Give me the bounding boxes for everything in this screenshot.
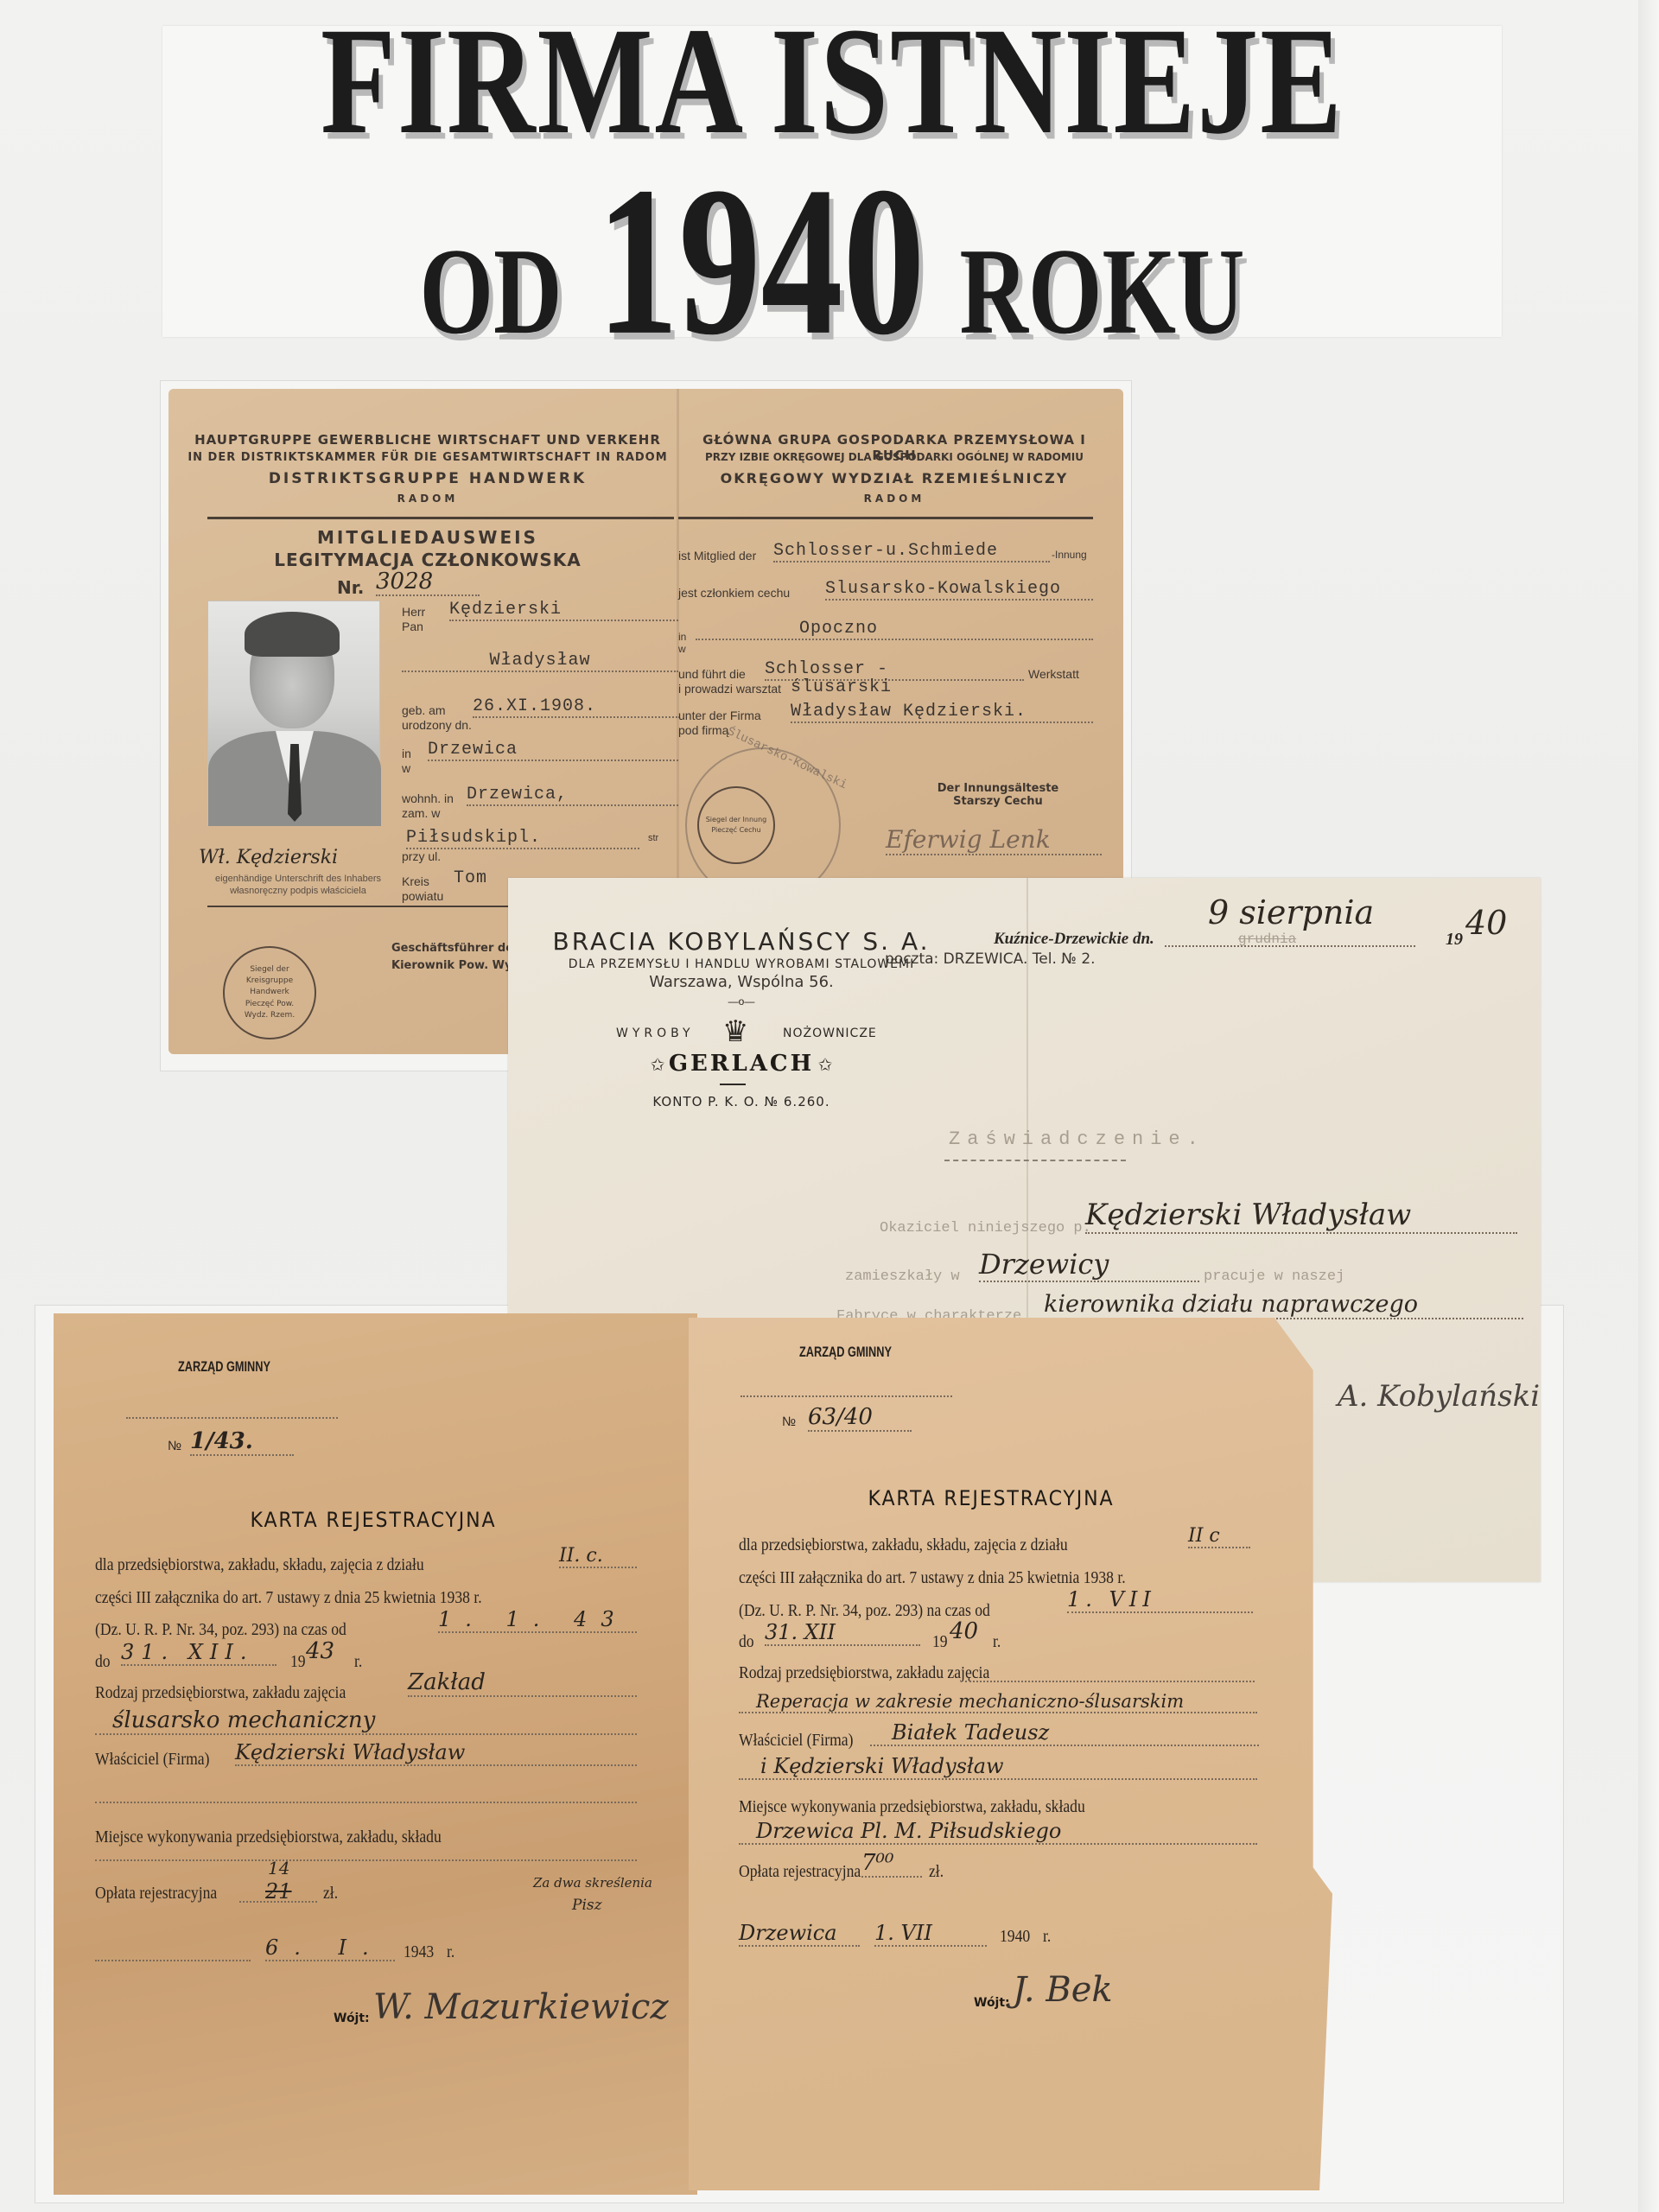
wojt-signature: J. Bek bbox=[1013, 1970, 1113, 2010]
card-nr-value: 3028 bbox=[376, 569, 480, 596]
fee-value: 7⁰⁰ bbox=[861, 1850, 922, 1878]
banner-headline: FIRMA ISTNIEJE bbox=[321, 3, 1344, 157]
products-right: NOŻOWNICZE bbox=[783, 1027, 877, 1040]
birthplace-label: inw bbox=[402, 747, 411, 776]
period-from-label: (Dz. U. R. P. Nr. 34, poz. 293) na czas … bbox=[95, 1620, 346, 1640]
letter-address: Warszawa, Wspólna 56. bbox=[525, 973, 957, 991]
fee-label: Opłata rejestracyjna bbox=[95, 1884, 217, 1904]
elder-signature: Eferwig Lenk bbox=[886, 825, 1102, 855]
card-rule-right bbox=[678, 517, 1093, 519]
correction-note: Za dwa skreślenia bbox=[533, 1875, 652, 1891]
card-org-city-right: RADOM bbox=[683, 493, 1106, 505]
born-value: 26.XI.1908. bbox=[473, 696, 680, 718]
date-handwritten: 9 sierpnia bbox=[1208, 893, 1374, 931]
legal-basis: części III załącznika do art. 7 ustawy z… bbox=[739, 1568, 1126, 1588]
office-line bbox=[126, 1417, 338, 1419]
street-label-pl: przy ul. bbox=[402, 849, 441, 864]
brand-gerlach: GERLACH bbox=[669, 1051, 814, 1077]
certificate-title: Zaświadczenie. bbox=[949, 1128, 1205, 1150]
works-label: pracuje w naszej bbox=[1204, 1268, 1344, 1285]
position-value: kierownika działu naprawczego bbox=[1044, 1291, 1523, 1319]
registration-card-1943: ZARZĄD GMINNY № 1/43. KARTA REJESTRACYJN… bbox=[54, 1313, 697, 2195]
place-value: Drzewica Pl. M. Piłsudskiego bbox=[739, 1819, 1257, 1845]
kreisgruppe-stamp: Siegel der Kreisgruppe Handwerk Pieczęć … bbox=[223, 946, 316, 1039]
member-suffix-de: -Innung bbox=[1052, 549, 1087, 561]
wojt-label: Wójt: bbox=[974, 1996, 1010, 2010]
cech-stamp: Siegel der Innung Pieczęć Cechu bbox=[697, 786, 775, 864]
firstname-value: Władysław bbox=[402, 651, 678, 672]
kreis-value: Tom bbox=[454, 868, 487, 888]
banner-od: OD bbox=[420, 229, 563, 353]
bearer-name: Kędzierski Władysław bbox=[1085, 1198, 1517, 1234]
born-label: geb. amurodzony dn. bbox=[402, 703, 472, 733]
business-type-label: Rodzaj przedsiębiorstwa, zakładu zajęcia bbox=[95, 1683, 346, 1703]
crown-icon: ♛ bbox=[722, 1014, 748, 1049]
street-value: Piłsudskipl. bbox=[406, 828, 639, 849]
wojt-label: Wójt: bbox=[334, 2012, 370, 2025]
place-line bbox=[95, 1859, 637, 1861]
number-label: № bbox=[168, 1439, 181, 1453]
card-title: KARTA REJESTRACYJNA bbox=[745, 1486, 1237, 1510]
card-title-pl: LEGITYMACJA CZŁONKOWSKA bbox=[186, 550, 670, 570]
registration-card-1940: ZARZĄD GMINNY № 63/40 KARTA REJESTRACYJN… bbox=[689, 1318, 1332, 2190]
place-label: Miejsce wykonywania przedsiębiorstwa, za… bbox=[739, 1797, 1085, 1817]
residence-label: wohnh. inzam. w bbox=[402, 791, 454, 821]
period-to-label: do bbox=[95, 1652, 111, 1672]
date-struck: grudnia bbox=[1238, 931, 1296, 947]
residence-label-letter: zamieszkały w bbox=[845, 1268, 960, 1285]
member-label-pl: jest członkiem cechu bbox=[678, 586, 790, 601]
brand-row: ✩ GERLACH ✩ bbox=[525, 1051, 957, 1077]
office-line bbox=[741, 1395, 952, 1397]
birthplace-value: Drzewica bbox=[428, 740, 678, 761]
division-label: dla przedsiębiorstwa, zakładu, składu, z… bbox=[739, 1535, 1068, 1555]
period-to-value: 31. XII. bbox=[121, 1640, 276, 1666]
division-value: II c bbox=[1188, 1525, 1250, 1548]
bearer-label: Okaziciel niniejszego p. bbox=[880, 1220, 1091, 1236]
residence-value: Drzewica, bbox=[467, 785, 678, 806]
owner-value-2: i Kędzierski Władysław bbox=[739, 1754, 1257, 1780]
number-value: 63/40 bbox=[808, 1404, 912, 1432]
card-title: KARTA REJESTRACYJNA bbox=[127, 1508, 620, 1532]
title-banner: FIRMA ISTNIEJE OD 1940 ROKU bbox=[162, 26, 1502, 337]
issue-date-year: 1940 bbox=[1000, 1927, 1030, 1947]
card-org-de-3: DISTRIKTSGRUPPE HANDWERK bbox=[186, 470, 670, 487]
letter-account: KONTO P. K. O. № 6.260. bbox=[525, 1094, 957, 1109]
business-type-value-2: ślusarsko mechaniczny bbox=[95, 1707, 637, 1735]
issue-date-suffix: r. bbox=[1043, 1927, 1051, 1947]
owner-label: Właściciel (Firma) bbox=[95, 1750, 209, 1770]
banner-year: 1940 bbox=[597, 156, 925, 369]
workshop-suffix-de: Werkstatt bbox=[1028, 667, 1079, 682]
banner-subline: OD 1940 ROKU bbox=[420, 156, 1245, 369]
period-to-year-printed: 19 bbox=[290, 1652, 306, 1672]
office-label: ZARZĄD GMINNY bbox=[178, 1358, 270, 1376]
business-type-label: Rodzaj przedsiębiorstwa, zakładu zajęcia bbox=[739, 1663, 989, 1683]
number-label: № bbox=[782, 1414, 796, 1429]
herr-label: HerrPan bbox=[402, 605, 425, 634]
division-label: dla przedsiębiorstwa, zakładu, składu, z… bbox=[95, 1555, 424, 1575]
year-handwritten: 40 bbox=[1465, 904, 1507, 942]
in-label: inw bbox=[678, 631, 686, 656]
residence-value-letter: Drzewicy bbox=[979, 1248, 1199, 1282]
office-label: ZARZĄD GMINNY bbox=[799, 1344, 892, 1361]
star-icon-right: ✩ bbox=[818, 1056, 833, 1075]
period-to-year-value: 43 bbox=[306, 1638, 334, 1664]
letter-divider: —o— bbox=[525, 995, 957, 1007]
fee-unit: zł. bbox=[929, 1862, 944, 1882]
star-icon-left: ✩ bbox=[651, 1056, 665, 1075]
surname-value: Kędzierski bbox=[449, 600, 678, 621]
business-type-value-1: Zakład bbox=[408, 1669, 637, 1697]
correction-note-signature: Pisz bbox=[572, 1897, 602, 1914]
period-from-value: 1. VII bbox=[1067, 1587, 1253, 1613]
signature-caption: eigenhändige Unterschrift des Inhaberswł… bbox=[203, 873, 393, 898]
division-value: II. c. bbox=[559, 1545, 637, 1568]
letter-signature: A. Kobylański bbox=[1338, 1379, 1540, 1414]
fee-label: Opłata rejestracyjna bbox=[739, 1862, 861, 1882]
period-to-year-printed: 19 bbox=[932, 1632, 948, 1652]
date-place-line bbox=[95, 1960, 251, 1961]
owner-value-1: Kędzierski Władysław bbox=[235, 1740, 637, 1766]
place-label: Miejsce wykonywania przedsiębiorstwa, za… bbox=[95, 1827, 442, 1847]
fee-struck: 21 bbox=[265, 1879, 292, 1904]
card-org-pl-3: OKRĘGOWY WYDZIAŁ RZEMIEŚLNICZY bbox=[683, 470, 1106, 486]
issue-place-value: Drzewica bbox=[739, 1921, 860, 1947]
banner-roku: ROKU bbox=[960, 229, 1245, 353]
holder-signature: Wł. Kędzierski bbox=[199, 847, 338, 868]
owner-line-2 bbox=[95, 1802, 637, 1803]
issue-date-year: 1943 bbox=[404, 1942, 434, 1962]
portrait-photo bbox=[207, 601, 380, 825]
card-org-de-2: IN DER DISTRIKTSKAMMER FÜR DIE GESAMTWIR… bbox=[186, 451, 670, 464]
business-type-line-1 bbox=[965, 1681, 1255, 1682]
card-rule-left bbox=[207, 517, 674, 519]
period-to-label: do bbox=[739, 1632, 754, 1652]
card-title-de: MITGLIEDAUSWEIS bbox=[186, 527, 670, 548]
issue-date-value: 6. I. bbox=[265, 1935, 395, 1961]
member-value-pl: Slusarsko-Kowalskiego bbox=[825, 579, 1093, 601]
place-date-label: Kuźnice-Drzewickie dn. bbox=[994, 930, 1154, 949]
business-type-value-2: Reperacja w zakresie mechaniczno-ślusars… bbox=[739, 1691, 1257, 1713]
period-to-value: 31. XII bbox=[765, 1620, 920, 1646]
member-label-de: ist Mitglied der bbox=[678, 549, 756, 563]
title-underline bbox=[944, 1160, 1126, 1161]
in-value: Opoczno bbox=[696, 619, 1093, 640]
card-org-city-left: RADOM bbox=[186, 493, 670, 505]
owner-label: Właściciel (Firma) bbox=[739, 1731, 853, 1751]
elder-label: Der InnungsältesteStarszy Cechu bbox=[912, 782, 1084, 808]
member-value-de: Schlosser-u.Schmiede bbox=[773, 541, 1050, 563]
owner-value-1: Białek Tadeusz bbox=[870, 1720, 1259, 1746]
products-left: WYROBY bbox=[616, 1027, 695, 1040]
fee-unit: zł. bbox=[323, 1884, 338, 1904]
fee-value: 14 bbox=[268, 1858, 289, 1878]
workshop-value-pl: ślusarski bbox=[791, 677, 892, 697]
brand-underline bbox=[720, 1084, 746, 1085]
wojt-signature: W. Mazurkiewicz bbox=[373, 1987, 669, 2027]
card-org-de-1: HAUPTGRUPPE GEWERBLICHE WIRTSCHAFT UND V… bbox=[186, 432, 670, 448]
card-org-pl-2: PRZY IZBIE OKRĘGOWEJ DLA GOSPODARKI OGÓL… bbox=[683, 451, 1106, 463]
firm-value: Władysław Kędzierski. bbox=[791, 702, 1093, 723]
issue-date-suffix: r. bbox=[447, 1942, 454, 1962]
street-label-de: str bbox=[648, 833, 658, 844]
workshop-label-de: und führt die bbox=[678, 667, 746, 682]
number-value: 1/43. bbox=[190, 1428, 294, 1456]
post-label: poczta: DRZEWICA. Tel. № 2. bbox=[885, 950, 1096, 968]
period-to-year-value: 40 bbox=[950, 1618, 978, 1644]
year-printed: 19 bbox=[1446, 930, 1463, 950]
frame-edge bbox=[1638, 0, 1659, 2212]
period-to-suffix: r. bbox=[354, 1652, 362, 1672]
kreis-label: Kreispowiatu bbox=[402, 874, 443, 904]
period-to-suffix: r. bbox=[993, 1632, 1001, 1652]
period-from-value: 1. 1. 43 bbox=[438, 1607, 637, 1633]
issue-date-value: 1. VII bbox=[874, 1921, 987, 1947]
legal-basis: części III załącznika do art. 7 ustawy z… bbox=[95, 1588, 482, 1608]
card-nr-label: Nr. bbox=[337, 577, 364, 598]
workshop-label-pl: i prowadzi warsztat bbox=[678, 682, 781, 696]
